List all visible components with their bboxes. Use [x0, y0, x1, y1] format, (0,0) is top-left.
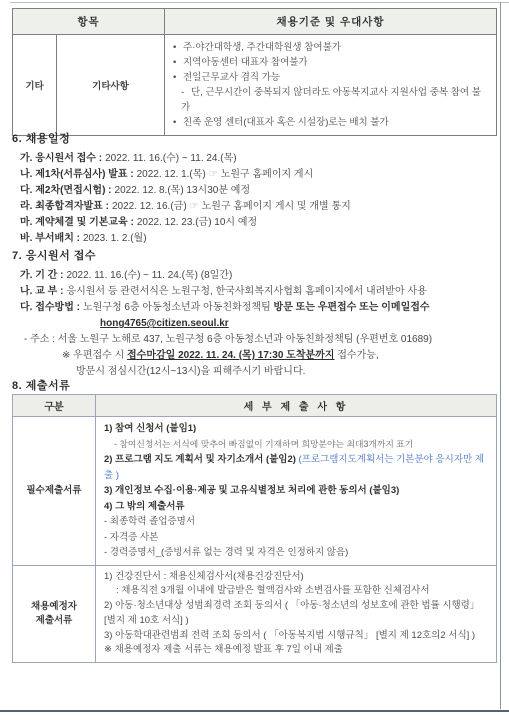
schedule-section: 6. 채용일정 가. 응시원서 접수 :2022. 11. 16.(수) ~ 1…	[12, 130, 498, 247]
criteria-line: •친족 운영 센터(대표자 혹은 시설장)로는 배치 불가	[173, 115, 488, 130]
criteria-table: 항목 채용기준 및 우대사항 기타 기타사항 •주·야간대학생, 주간대학원생 …	[12, 8, 497, 136]
required-documents-label: 필수제출서류	[13, 417, 96, 566]
documents-header-detail: 세 부 제 출 사 항	[96, 395, 497, 417]
doc-line: 2) 프로그램 지도 계획서 및 자기소개서 (붙임2) (프로그램지도계획서는…	[104, 452, 490, 483]
application-issue-line: 나. 교 부 :응시원서 등 관련서식은 노원구청, 한국사회복지사협회 홈페이…	[12, 284, 498, 300]
application-method-line: 다. 접수방법 :노원구청 6층 아동청소년과 아동친화정책팀 방문 또는 우편…	[12, 300, 498, 316]
doc-line: 3) 개인정보 수집·이용·제공 및 고유식별정보 처리에 관한 동의서 (붙임…	[104, 483, 490, 499]
application-address-line: - 주소 : 서울 노원구 노해로 437, 노원구청 6층 아동청소년과 아동…	[12, 332, 498, 348]
schedule-item: 다. 제2차(면접시험) :2022. 12. 8.(목) 13시30분 예정	[12, 183, 498, 199]
doc-line: - 최종학력 졸업증명서	[104, 514, 490, 530]
schedule-item: 마. 계약체결 및 기본교육 :2022. 12. 23.(금) 10시 예정	[12, 215, 498, 231]
page-right-edge-line	[500, 2, 501, 709]
criteria-header-criteria: 채용기준 및 우대사항	[165, 9, 497, 35]
application-section: 7. 응시원서 접수 가. 기 간 :2022. 11. 16.(수) ~ 11…	[12, 247, 498, 380]
criteria-text: 지역아동센터 대표자 참여불가	[183, 57, 308, 68]
page-bottom-edge-line	[0, 710, 509, 712]
bullet-icon: •	[173, 55, 183, 70]
criteria-subline: -단, 근무시간이 중복되지 않더라도 아동복지교사 지원사업 중복 참여 불가	[173, 85, 488, 115]
pointing-hand-icon: ☞	[190, 201, 199, 212]
deadline-emphasis: 접수마감일 2022. 11. 24. (목) 17:30 도착분까지	[127, 350, 334, 361]
application-section-title: 7. 응시원서 접수	[12, 247, 498, 263]
criteria-item-cell: 기타사항	[57, 35, 165, 136]
documents-section-title: 8. 제출서류	[12, 377, 498, 393]
criteria-line: •전일근무교사 겸직 가능	[173, 70, 488, 85]
required-documents-row: 필수제출서류 1) 참여 신청서 (붙임1) - 참여신청서는 서식에 맞추어 …	[13, 417, 497, 566]
doc-line: ※ 채용예정자 제출 서류는 채용예정 발표 후 7일 이내 제출	[104, 643, 490, 658]
page-top-edge-line	[10, 2, 509, 3]
doc-line: - 경력증명서_(증빙서류 없는 경력 및 자격은 인정하지 않음)	[104, 545, 490, 561]
doc-line: - 자격증 사본	[104, 530, 490, 546]
schedule-item: 가. 응시원서 접수 :2022. 11. 16.(수) ~ 11. 24.(목…	[12, 151, 498, 167]
criteria-text: 전일근무교사 겸직 가능	[183, 72, 280, 83]
bullet-icon: •	[173, 40, 183, 55]
criteria-text: 단, 근무시간이 중복되지 않더라도 아동복지교사 지원사업 중복 참여 불가	[181, 87, 481, 113]
documents-section: 8. 제출서류	[12, 377, 498, 393]
criteria-line: •지역아동센터 대표자 참여불가	[173, 55, 488, 70]
doc-line: 2) 아동·청소년대상 성범죄경력 조회 동의서 ( 「아동·청소년의 성보호에…	[104, 599, 490, 629]
schedule-item: 바. 부서배치 :2023. 1. 2.(월)	[12, 231, 498, 247]
doc-line: 4) 그 밖의 제출서류	[104, 499, 490, 515]
criteria-table-row: 기타 기타사항 •주·야간대학생, 주간대학원생 참여불가 •지역아동센터 대표…	[13, 35, 497, 136]
criteria-text: 주·야간대학생, 주간대학원생 참여불가	[183, 42, 341, 53]
criteria-category-cell: 기타	[13, 35, 57, 136]
schedule-item: 나. 제1차(서류심사) 발표 :2022. 12. 1.(목)☞노원구 홈페이…	[12, 167, 498, 183]
doc-line: 3) 아동학대관련범죄 전력 조회 동의서 ( 「아동복지법 시행규칙」 [별지…	[104, 629, 490, 644]
required-documents-cell: 1) 참여 신청서 (붙임1) - 참여신청서는 서식에 맞추어 빠짐없이 기재…	[96, 417, 497, 566]
doc-line: 1) 참여 신청서 (붙임1)	[104, 421, 490, 437]
mail-deadline-line: ※ 우편접수 시 접수마감일 2022. 11. 24. (목) 17:30 도…	[12, 348, 498, 364]
doc-subline: : 채용직전 3개월 이내에 발급받은 혈액검사와 소변검사를 포함한 신체검사…	[104, 584, 490, 599]
prospective-documents-row: 채용예정자 제출서류 1) 건강진단서 : 채용신체검사서(채용건강진단서) :…	[13, 565, 497, 663]
document-page: 항목 채용기준 및 우대사항 기타 기타사항 •주·야간대학생, 주간대학원생 …	[0, 0, 509, 721]
schedule-section-title: 6. 채용일정	[12, 130, 498, 146]
criteria-line: •주·야간대학생, 주간대학원생 참여불가	[173, 40, 488, 55]
email-link[interactable]: hong4765@citizen.seoul.kr	[100, 316, 229, 332]
prospective-documents-cell: 1) 건강진단서 : 채용신체검사서(채용건강진단서) : 채용직전 3개월 이…	[96, 565, 497, 663]
documents-table: 구분 세 부 제 출 사 항 필수제출서류 1) 참여 신청서 (붙임1) - …	[12, 394, 497, 663]
doc-line: 1) 건강진단서 : 채용신체검사서(채용건강진단서)	[104, 570, 490, 585]
documents-header-category: 구분	[13, 395, 96, 417]
criteria-text: 친족 운영 센터(대표자 혹은 시설장)로는 배치 불가	[183, 117, 389, 128]
dash-icon: -	[181, 85, 191, 100]
bullet-icon: •	[173, 115, 183, 130]
bullet-icon: •	[173, 70, 183, 85]
criteria-table-header-row: 항목 채용기준 및 우대사항	[13, 9, 497, 35]
criteria-header-item: 항목	[13, 9, 165, 35]
pointing-hand-icon: ☞	[209, 169, 218, 180]
schedule-item: 라. 최종합격자발표 :2022. 12. 16.(금)☞노원구 홈페이지 게시…	[12, 199, 498, 215]
application-email-line: hong4765@citizen.seoul.kr	[12, 316, 498, 332]
criteria-detail-cell: •주·야간대학생, 주간대학원생 참여불가 •지역아동센터 대표자 참여불가 •…	[165, 35, 497, 136]
documents-table-header-row: 구분 세 부 제 출 사 항	[13, 395, 497, 417]
doc-subline: - 참여신청서는 서식에 맞추어 빠짐없이 기재하며 희망분야는 최대3개까지 …	[104, 437, 490, 453]
application-period-line: 가. 기 간 :2022. 11. 16.(수) ~ 11. 24.(목) (8…	[12, 268, 498, 284]
prospective-documents-label: 채용예정자 제출서류	[13, 565, 96, 663]
